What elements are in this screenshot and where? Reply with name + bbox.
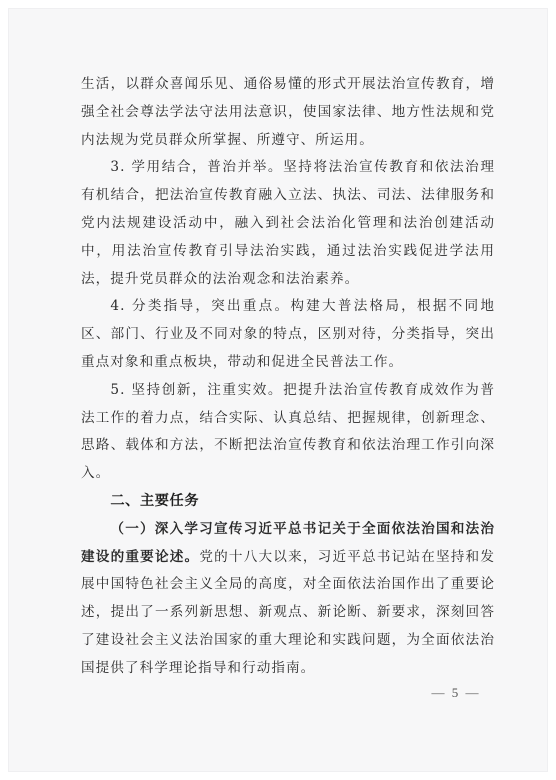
section-heading: 二、主要任务 bbox=[81, 488, 495, 516]
paragraph-continuation: 生活，以群众喜闻乐见、通俗易懂的形式开展法治宣传教育，增强全社会尊法学法守法用法… bbox=[81, 71, 495, 154]
subsection-paragraph: （一）深入学习宣传习近平总书记关于全面依法治国和法治建设的重要论述。党的十八大以… bbox=[81, 516, 495, 683]
paragraph-lead: 4. 分类指导，突出重点。 bbox=[110, 298, 290, 314]
paragraph-item-4: 4. 分类指导，突出重点。构建大普法格局，根据不同地区、部门、行业及不同对象的特… bbox=[81, 293, 495, 376]
paragraph-text: 坚持将法治宣传教育和依法治理有机结合，把法治宣传教育融入立法、执法、司法、法律服… bbox=[81, 159, 495, 286]
paragraph-item-5: 5. 坚持创新，注重实效。把提升法治宣传教育成效作为普法工作的着力点，结合实际、… bbox=[81, 377, 495, 488]
scanned-page: 生活，以群众喜闻乐见、通俗易懂的形式开展法治宣传教育，增强全社会尊法学法守法用法… bbox=[8, 8, 548, 772]
paragraph-item-3: 3. 学用结合，普治并举。坚持将法治宣传教育和依法治理有机结合，把法治宣传教育融… bbox=[81, 154, 495, 293]
paragraph-lead: 3. 学用结合，普治并举。 bbox=[110, 159, 283, 175]
paragraph-lead: 5. 坚持创新，注重实效。 bbox=[110, 382, 283, 398]
document-body: 生活，以群众喜闻乐见、通俗易懂的形式开展法治宣传教育，增强全社会尊法学法守法用法… bbox=[81, 71, 495, 683]
paragraph-text: 生活，以群众喜闻乐见、通俗易懂的形式开展法治宣传教育，增强全社会尊法学法守法用法… bbox=[81, 76, 495, 148]
subsection-text: 党的十八大以来，习近平总书记站在坚持和发展中国特色社会主义全局的高度，对全面依法… bbox=[81, 549, 495, 676]
page-number: — 5 — bbox=[428, 685, 484, 701]
